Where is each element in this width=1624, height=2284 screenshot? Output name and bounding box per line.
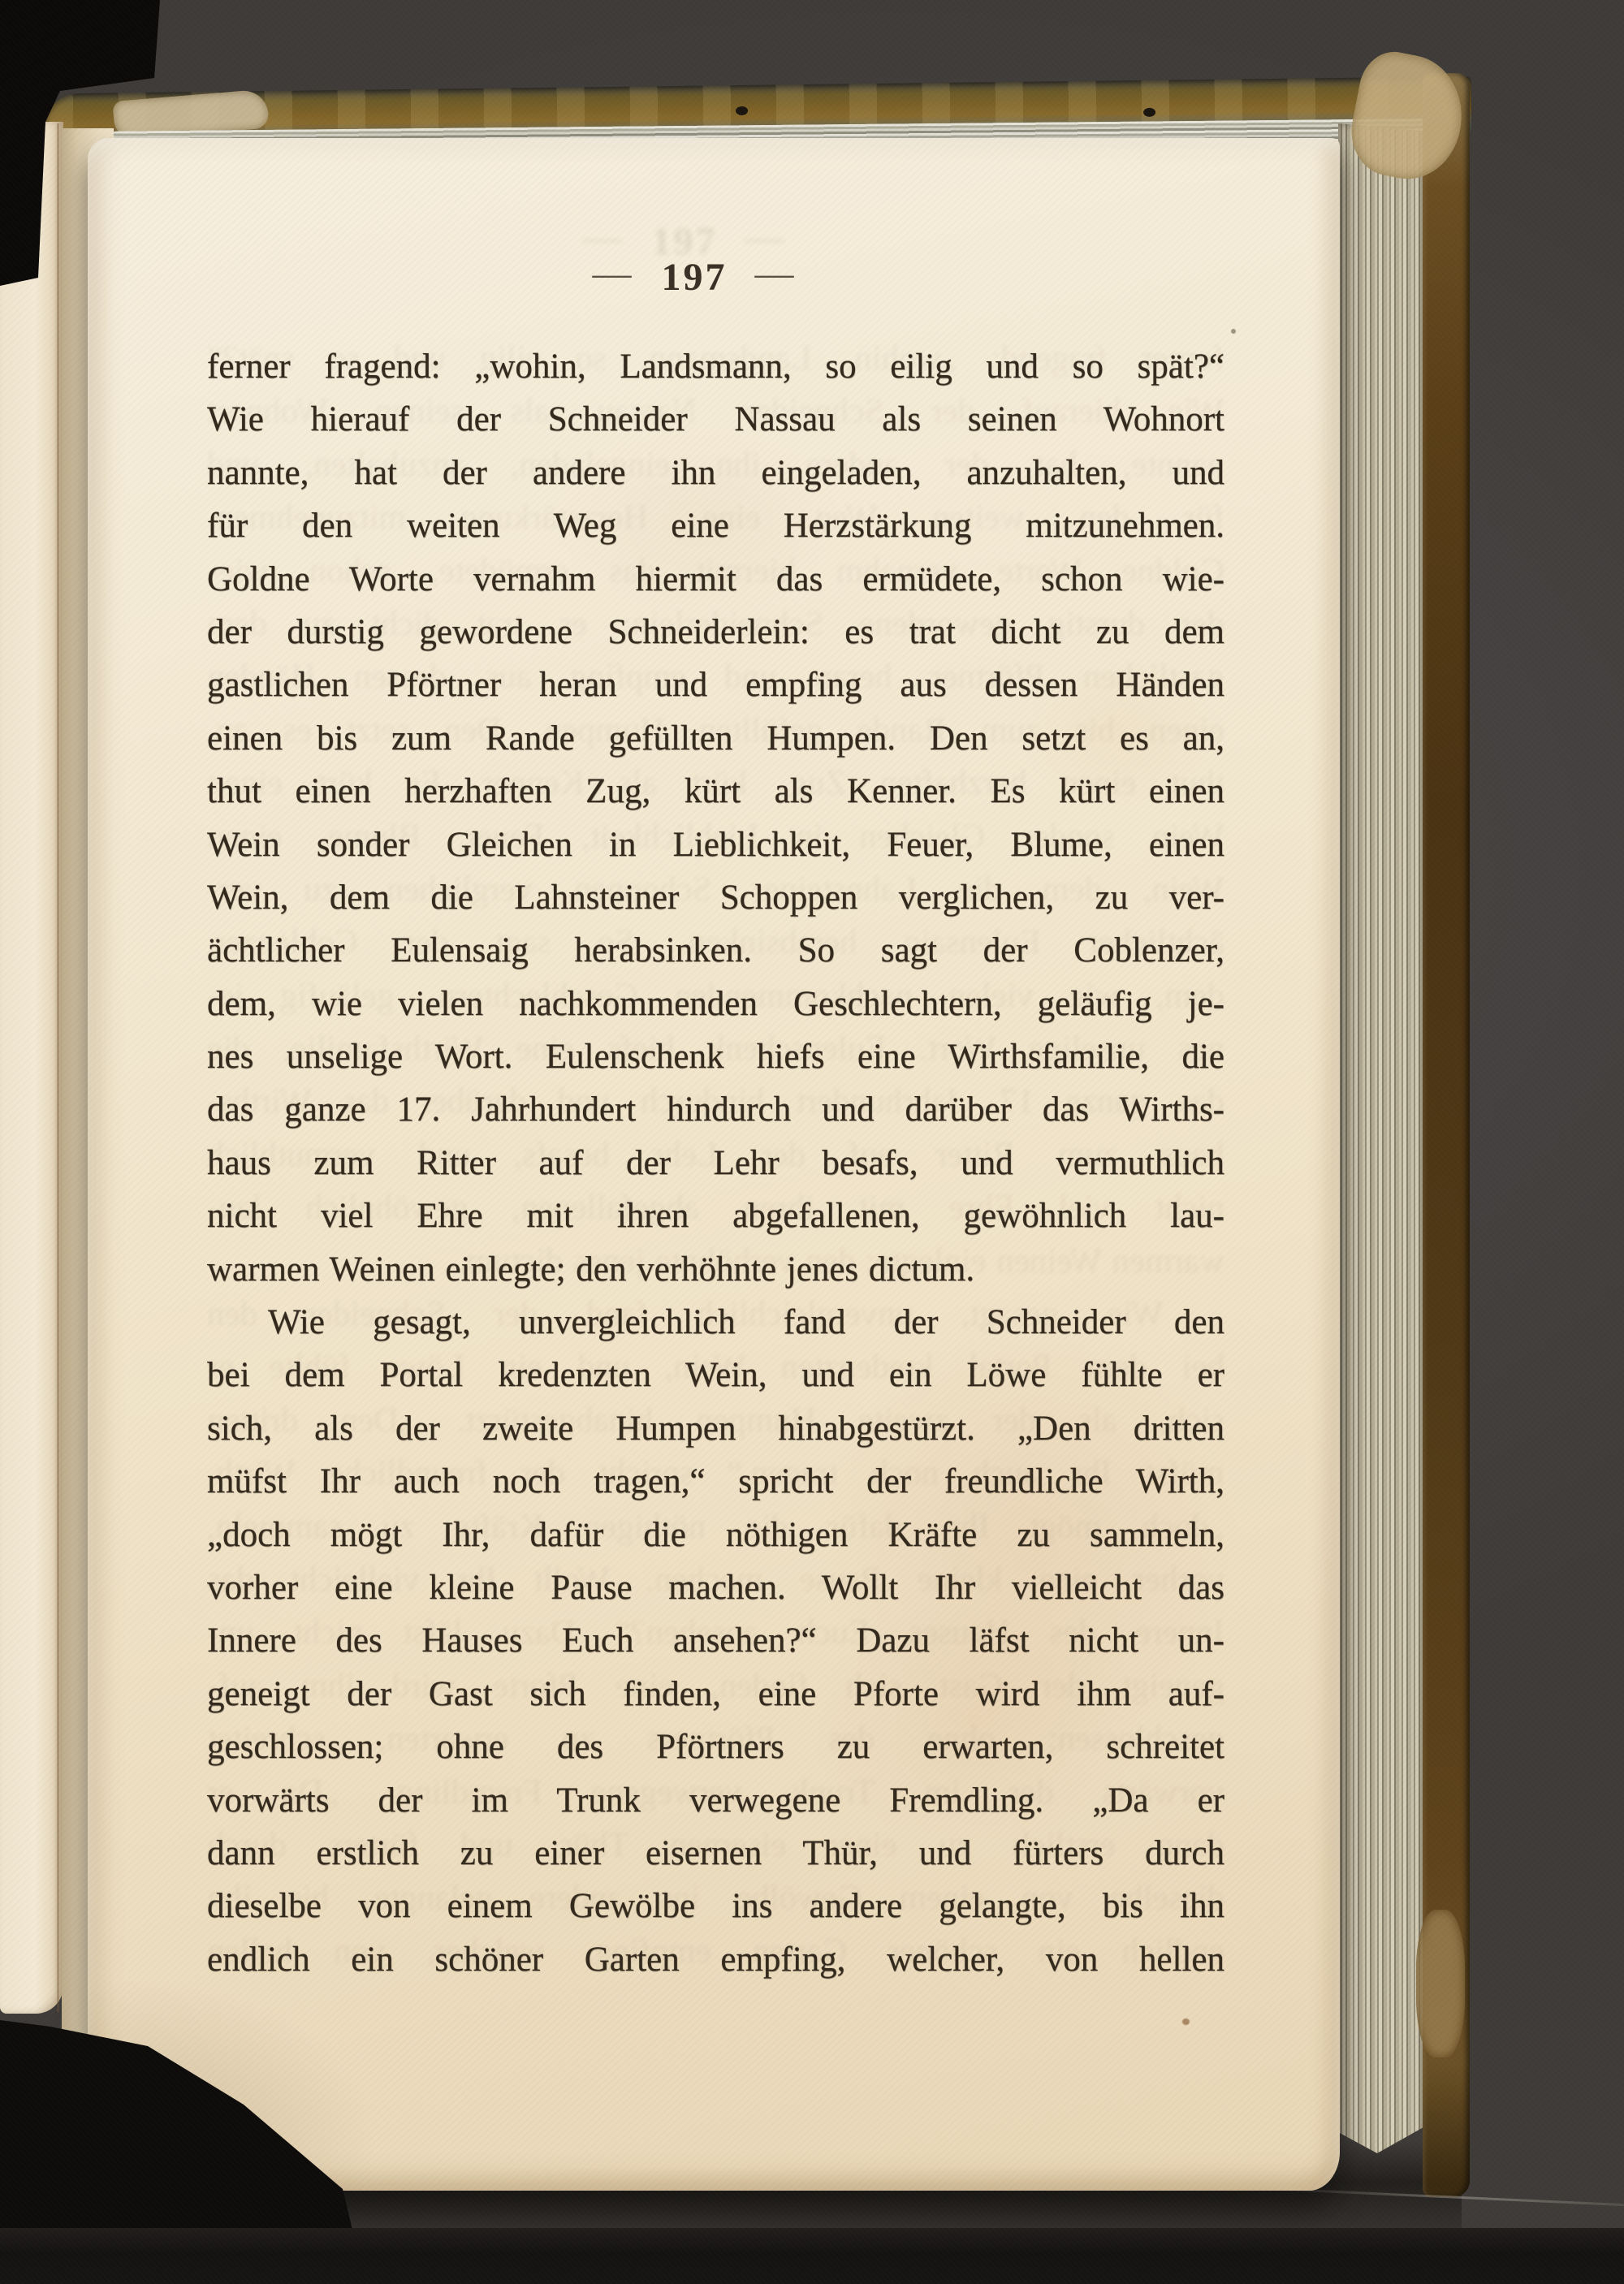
- text-line: sich, als der zweite Humpen hinabgestürz…: [207, 1402, 1224, 1455]
- text-line: das ganze 17. Jahrhundert hindurch und d…: [207, 1083, 1224, 1136]
- scanned-book-page: ferner fragend: „wohin, Landsmann, so ei…: [0, 0, 1624, 2284]
- text-line: Wie hierauf der Schneider Nassau als sei…: [207, 393, 1224, 446]
- header-dash-right: —: [755, 253, 797, 295]
- ink-spot: [1231, 329, 1236, 334]
- text-line: bei dem Portal kredenzten Wein, und ein …: [207, 1349, 1224, 1401]
- scanner-bed-edge: [0, 2228, 1624, 2284]
- text-line: Goldne Worte vernahm hiermit das ermüdet…: [207, 553, 1224, 606]
- page-number: 197: [662, 256, 728, 299]
- text-line: müfst Ihr auch noch tragen,“ spricht der…: [207, 1455, 1224, 1508]
- gutter-crease-line: [57, 123, 59, 2012]
- page-header: —197—: [207, 257, 1181, 299]
- header-dash-left: —: [593, 253, 634, 295]
- body-text: ferner fragend: „wohin, Landsmann, so ei…: [207, 340, 1224, 1986]
- text-line: Innere des Hauses Euch ansehen?“ Dazu lä…: [207, 1614, 1224, 1667]
- text-line: dem, wie vielen nachkommenden Geschlecht…: [207, 978, 1224, 1030]
- text-line: thut einen herzhaften Zug, kürt als Kenn…: [207, 765, 1224, 818]
- text-line: „doch mögt Ihr, dafür die nöthigen Kräft…: [207, 1509, 1224, 1561]
- text-line: der durstig gewordene Schneiderlein: es …: [207, 606, 1224, 658]
- text-line: Wein sonder Gleichen in Lieblichkeit, Fe…: [207, 818, 1224, 871]
- text-line: ächtlicher Eulensaig herabsinken. So sag…: [207, 924, 1224, 977]
- text-line: für den weiten Weg eine Herzstärkung mit…: [207, 499, 1224, 552]
- text-line: vorher eine kleine Pause machen. Wollt I…: [207, 1561, 1224, 1614]
- text-line: Wie gesagt, unvergleichlich fand der Sch…: [207, 1296, 1224, 1349]
- text-line: haus zum Ritter auf der Lehr besafs, und…: [207, 1137, 1224, 1189]
- text-line: vorwärts der im Trunk verwegene Fremdlin…: [207, 1774, 1224, 1827]
- text-line: ferner fragend: „wohin, Landsmann, so ei…: [207, 340, 1224, 393]
- worn-cover-patch: [1416, 1910, 1465, 2057]
- fore-edge-page-stack: [1338, 123, 1429, 2163]
- text-line: endlich ein schöner Garten empfing, welc…: [207, 1933, 1224, 1986]
- text-line: nicht viel Ehre mit ihren abgefallenen, …: [207, 1189, 1224, 1242]
- ink-spot: [1182, 2018, 1190, 2025]
- text-line: gastlichen Pförtner heran und empfing au…: [207, 658, 1224, 711]
- leather-cover-strip: [1423, 73, 1470, 2197]
- text-line: nannte, hat der andere ihn eingeladen, a…: [207, 447, 1224, 499]
- text-line: geneigt der Gast sich finden, eine Pfort…: [207, 1668, 1224, 1721]
- text-line: dann erstlich zu einer eisernen Thür, un…: [207, 1827, 1224, 1880]
- text-line: einen bis zum Rande gefüllten Humpen. De…: [207, 712, 1224, 765]
- text-line: warmen Weinen einlegte; den verhöhnte je…: [207, 1243, 1224, 1296]
- text-line: nes unselige Wort. Eulenschenk hiefs ein…: [207, 1030, 1224, 1083]
- facing-page-sliver: [0, 122, 63, 2014]
- text-line: dieselbe von einem Gewölbe ins andere ge…: [207, 1880, 1224, 1932]
- text-line: Wein, dem die Lahnsteiner Schoppen vergl…: [207, 871, 1224, 924]
- text-line: geschlossen; ohne des Pförtners zu erwar…: [207, 1721, 1224, 1773]
